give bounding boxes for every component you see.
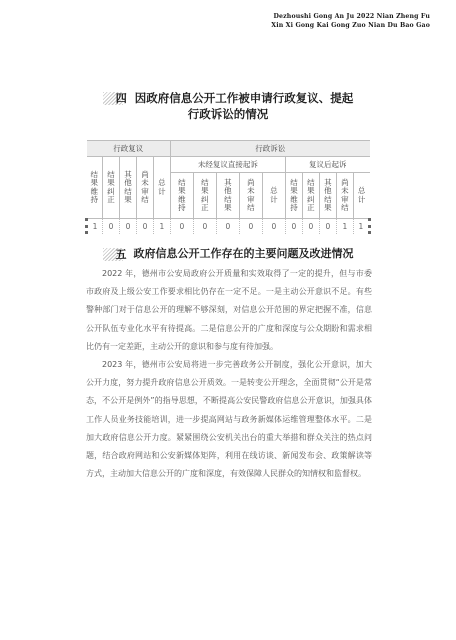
value-cell: 0 — [136, 219, 153, 235]
header-direct-litigation: 未经复议直接起诉 — [170, 157, 285, 173]
col-direct-other: 其他结果 — [216, 173, 239, 219]
value-cell: 0 — [285, 219, 302, 235]
value-cell: 0 — [262, 219, 285, 235]
section-5-title: 五 政府信息公开工作存在的主要问题及改进情况 — [0, 247, 456, 261]
section-number-marker: 五 — [103, 248, 129, 261]
section-number: 四 — [114, 92, 129, 105]
section-title-line1: 因政府信息公开工作被申请行政复议、提起 — [135, 90, 354, 106]
col-direct-pending: 尚未审结 — [239, 173, 262, 219]
col-after-other: 其他结果 — [319, 173, 336, 219]
value-cell: 1 — [153, 219, 170, 235]
section-number: 五 — [114, 248, 129, 261]
col-maintained: 结果维持 — [87, 157, 103, 219]
header-after-reconsideration: 复议后起诉 — [285, 157, 369, 173]
section-number-marker: 四 — [103, 92, 129, 105]
value-cell: 0 — [216, 219, 239, 235]
section-title-line2: 行政诉讼的情况 — [0, 106, 456, 122]
section-4-title: 四 因政府信息公开工作被申请行政复议、提起 行政诉讼的情况 — [0, 90, 456, 122]
paragraph-1: 2022 年，德州市公安局政府公开质量和实效取得了一定的提升，但与市委市政府及上… — [86, 265, 372, 356]
table-row: 1 0 0 0 1 0 0 0 0 0 0 0 0 1 1 — [87, 219, 370, 235]
section-title-text: 政府信息公开工作存在的主要问题及改进情况 — [134, 247, 354, 261]
running-head-line2: Xin Xi Gong Kai Gong Zuo Nian Du Bao Gao — [271, 21, 430, 30]
col-corrected: 结果纠正 — [103, 157, 120, 219]
paragraph-2: 2023 年，德州市公安局将进一步完善政务公开制度，强化公开意识，加大公开力度，… — [86, 356, 372, 483]
col-direct-maintained: 结果维持 — [170, 173, 193, 219]
litigation-stats-table: 行政复议 行政诉讼 结果维持 结果纠正 其他结果 尚未审结 总计 未经复议直接起… — [85, 140, 371, 234]
value-cell: 0 — [103, 219, 120, 235]
value-cell: 1 — [353, 219, 369, 235]
col-other: 其他结果 — [120, 157, 137, 219]
value-cell: 0 — [120, 219, 137, 235]
running-head: Dezhoushi Gong An Ju 2022 Nian Zheng Fu … — [271, 12, 430, 30]
value-cell: 0 — [193, 219, 216, 235]
col-after-corrected: 结果纠正 — [302, 173, 319, 219]
value-cell: 1 — [87, 219, 103, 235]
value-cell: 0 — [302, 219, 319, 235]
col-after-total: 总计 — [353, 173, 369, 219]
col-pending: 尚未审结 — [136, 157, 153, 219]
col-direct-total: 总计 — [262, 173, 285, 219]
col-total: 总计 — [153, 157, 170, 219]
header-reconsideration: 行政复议 — [87, 141, 171, 157]
value-cell: 0 — [239, 219, 262, 235]
running-head-line1: Dezhoushi Gong An Ju 2022 Nian Zheng Fu — [271, 12, 430, 21]
col-after-maintained: 结果维持 — [285, 173, 302, 219]
col-direct-corrected: 结果纠正 — [193, 173, 216, 219]
value-cell: 0 — [319, 219, 336, 235]
value-cell: 1 — [336, 219, 353, 235]
value-cell: 0 — [170, 219, 193, 235]
col-after-pending: 尚未审结 — [336, 173, 353, 219]
body-text: 2022 年，德州市公安局政府公开质量和实效取得了一定的提升，但与市委市政府及上… — [86, 265, 372, 483]
header-litigation: 行政诉讼 — [170, 141, 369, 157]
